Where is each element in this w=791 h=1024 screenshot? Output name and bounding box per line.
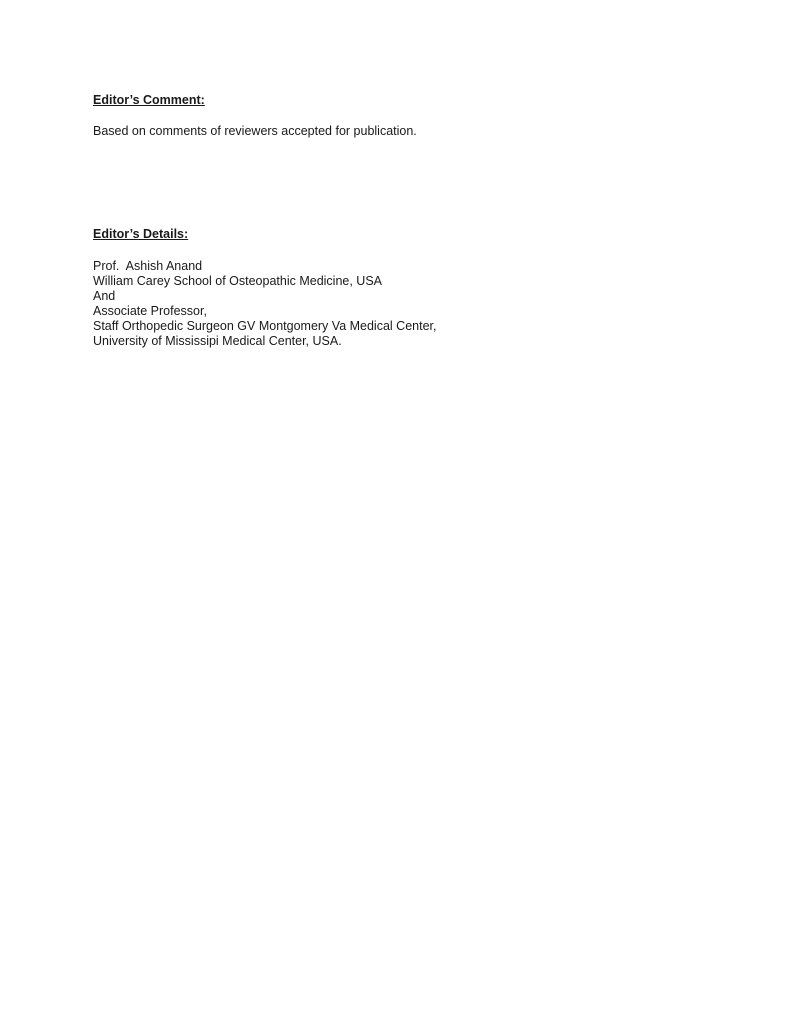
editor-affiliation-3: University of Mississipi Medical Center,… [93,334,436,349]
editor-affiliation-1: William Carey School of Osteopathic Medi… [93,274,436,289]
editors-comment-heading: Editor’s Comment: [93,93,205,108]
editors-details-heading: Editor’s Details: [93,227,188,242]
editors-details-block: Prof. Ashish Anand William Carey School … [93,259,436,349]
editor-affiliation-2: Staff Orthopedic Surgeon GV Montgomery V… [93,319,436,334]
editor-name: Prof. Ashish Anand [93,259,436,274]
editors-comment-text: Based on comments of reviewers accepted … [93,124,417,139]
editor-and: And [93,289,436,304]
editor-title: Associate Professor, [93,304,436,319]
